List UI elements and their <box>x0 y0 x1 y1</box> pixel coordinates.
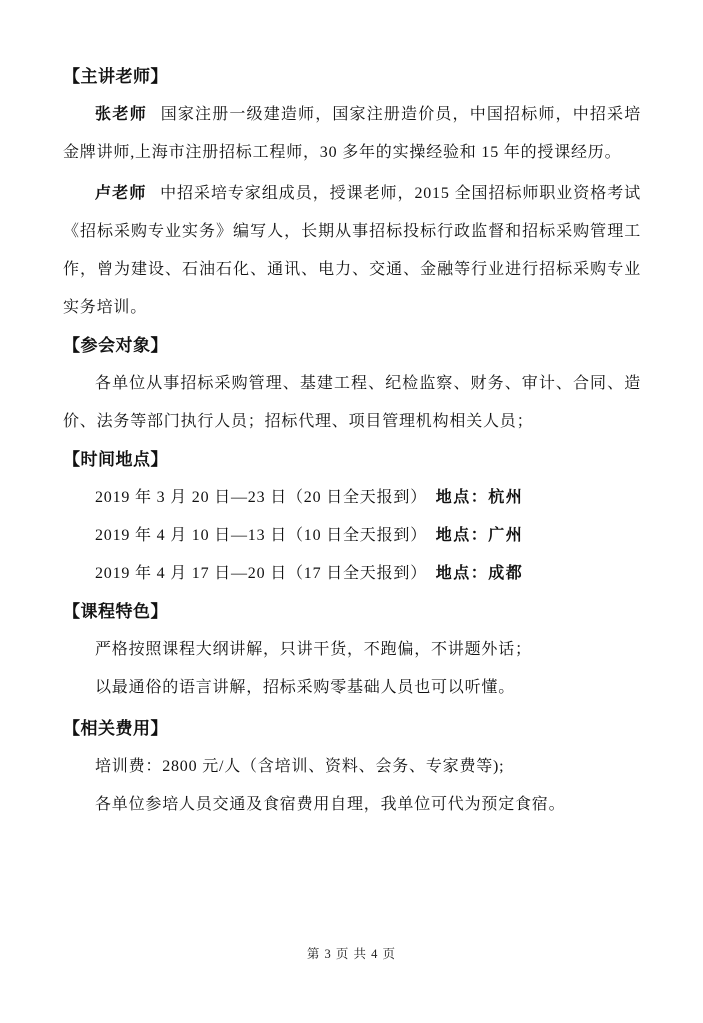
page-number-footer: 第 3 页 共 4 页 <box>0 944 703 962</box>
document-page: 【主讲老师】 张老师国家注册一级建造师，国家注册造价员，中国招标师，中招采培金牌… <box>0 0 703 1023</box>
feature-line: 以最通俗的语言讲解，招标采购零基础人员也可以听懂。 <box>63 669 641 707</box>
teacher-bio-text: 国家注册一级建造师，国家注册造价员，中国招标师，中招采培金牌讲师,上海市注册招标… <box>63 106 641 161</box>
teacher-name: 卢老师 <box>95 185 146 202</box>
section-heading-audience: 【参会对象】 <box>63 327 641 365</box>
feature-line: 严格按照课程大纲讲解，只讲干货，不跑偏，不讲题外话； <box>63 631 641 669</box>
teacher-name: 张老师 <box>95 106 147 123</box>
schedule-item: 2019 年 4 月 17 日—20 日（17 日全天报到）地点：成都 <box>63 555 641 593</box>
section-heading-features: 【课程特色】 <box>63 593 641 631</box>
schedule-date: 2019 年 4 月 17 日—20 日（17 日全天报到） <box>95 565 427 582</box>
fee-line: 各单位参培人员交通及食宿费用自理，我单位可代为预定食宿。 <box>63 786 641 824</box>
schedule-location: 地点：杭州 <box>436 489 524 506</box>
schedule-date: 2019 年 3 月 20 日—23 日（20 日全天报到） <box>95 489 427 506</box>
schedule-item: 2019 年 4 月 10 日—13 日（10 日全天报到）地点：广州 <box>63 517 641 555</box>
teacher-bio-paragraph: 张老师国家注册一级建造师，国家注册造价员，中国招标师，中招采培金牌讲师,上海市注… <box>63 96 641 172</box>
schedule-location: 地点：广州 <box>436 527 524 544</box>
section-heading-fees: 【相关费用】 <box>63 710 641 748</box>
fee-line: 培训费：2800 元/人（含培训、资料、会务、专家费等); <box>63 748 641 786</box>
schedule-item: 2019 年 3 月 20 日—23 日（20 日全天报到）地点：杭州 <box>63 479 641 517</box>
schedule-date: 2019 年 4 月 10 日—13 日（10 日全天报到） <box>95 527 427 544</box>
schedule-location: 地点：成都 <box>436 565 524 582</box>
teacher-bio-text: 中招采培专家组成员，授课老师，2015 全国招标师职业资格考试《招标采购专业实务… <box>63 185 641 316</box>
teacher-bio-paragraph: 卢老师中招采培专家组成员，授课老师，2015 全国招标师职业资格考试《招标采购专… <box>63 175 641 327</box>
section-heading-teachers: 【主讲老师】 <box>63 58 641 96</box>
section-heading-schedule: 【时间地点】 <box>63 441 641 479</box>
audience-paragraph: 各单位从事招标采购管理、基建工程、纪检监察、财务、审计、合同、造价、法务等部门执… <box>63 365 641 441</box>
